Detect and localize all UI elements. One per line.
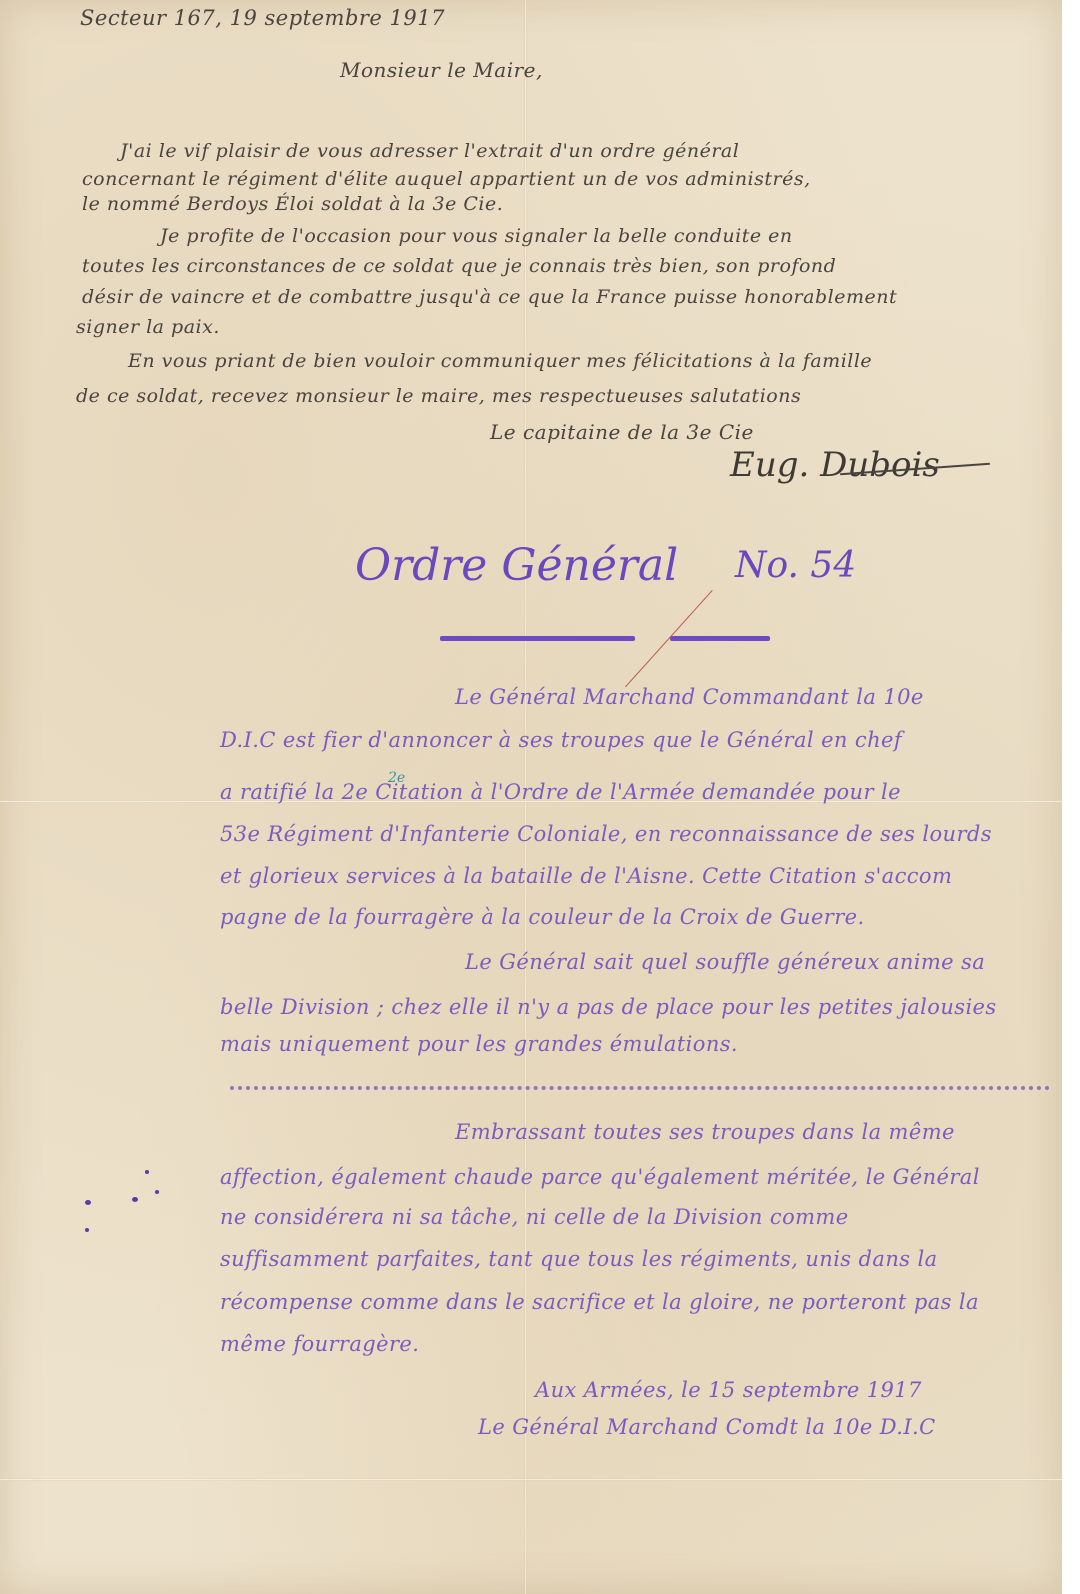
letter-body-line: toutes les circonstances de ce soldat qu… <box>82 255 836 277</box>
order-para3-line: Embrassant toutes ses troupes dans la mê… <box>455 1120 955 1144</box>
order-para1-line: 53e Régiment d'Infanterie Coloniale, en … <box>220 822 992 846</box>
horizontal-fold-crease-lower <box>0 1478 1062 1481</box>
order-place-date: Aux Armées, le 15 septembre 1917 <box>535 1378 922 1402</box>
ink-blot <box>85 1200 91 1205</box>
order-para1-line: Le Général Marchand Commandant la 10e <box>455 685 924 709</box>
letter-body-line: En vous priant de bien vouloir communiqu… <box>128 350 872 372</box>
ink-blot <box>85 1228 89 1232</box>
captain-signature: Eug. Dubois <box>730 445 940 485</box>
order-number: No. 54 <box>735 545 856 586</box>
order-para1-line: a ratifié la 2e Citation à l'Ordre de l'… <box>220 780 901 804</box>
order-para3-line: même fourragère. <box>220 1332 419 1356</box>
letter-body-line: J'ai le vif plaisir de vous adresser l'e… <box>120 140 739 162</box>
order-signatory: Le Général Marchand Comdt la 10e D.I.C <box>478 1415 936 1439</box>
ink-blot <box>155 1190 159 1194</box>
letter-sheet: Secteur 167, 19 septembre 1917 Monsieur … <box>0 0 1062 1594</box>
order-para2-line: belle Division ; chez elle il n'y a pas … <box>220 995 997 1019</box>
title-underline-left <box>440 636 635 641</box>
order-para3-line: récompense comme dans le sacrifice et la… <box>220 1290 979 1314</box>
order-para2-line: Le Général sait quel souffle généreux an… <box>465 950 985 974</box>
title-underline-right <box>670 636 770 641</box>
order-para1-line: D.I.C est fier d'annoncer à ses troupes … <box>220 728 902 752</box>
ink-blot <box>145 1170 149 1174</box>
order-para3-line: suffisamment parfaites, tant que tous le… <box>220 1247 938 1271</box>
ink-blot <box>132 1197 138 1202</box>
letter-body-line: le nommé Berdoys Éloi soldat à la 3e Cie… <box>82 193 503 215</box>
letter-body-line: de ce soldat, recevez monsieur le maire,… <box>76 385 801 407</box>
order-title: Ordre Général <box>355 540 678 591</box>
order-para2-line: mais uniquement pour les grandes émulati… <box>220 1032 738 1056</box>
letter-body-line: désir de vaincre et de combattre jusqu'à… <box>82 286 897 308</box>
letter-header: Secteur 167, 19 septembre 1917 <box>80 6 445 30</box>
order-para3-line: ne considérera ni sa tâche, ni celle de … <box>220 1205 849 1229</box>
letter-body-line: Je profite de l'occasion pour vous signa… <box>160 225 793 247</box>
letter-body-line: concernant le régiment d'élite auquel ap… <box>82 168 811 190</box>
letter-body-line: signer la paix. <box>76 316 220 338</box>
dotted-separator <box>230 1086 1050 1090</box>
order-para3-line: affection, également chaude parce qu'éga… <box>220 1165 980 1189</box>
letter-salutation: Monsieur le Maire, <box>340 58 543 82</box>
letter-closing: Le capitaine de la 3e Cie <box>490 420 754 444</box>
order-para1-line: et glorieux services à la bataille de l'… <box>220 864 952 888</box>
order-para1-line: pagne de la fourragère à la couleur de l… <box>220 905 865 929</box>
